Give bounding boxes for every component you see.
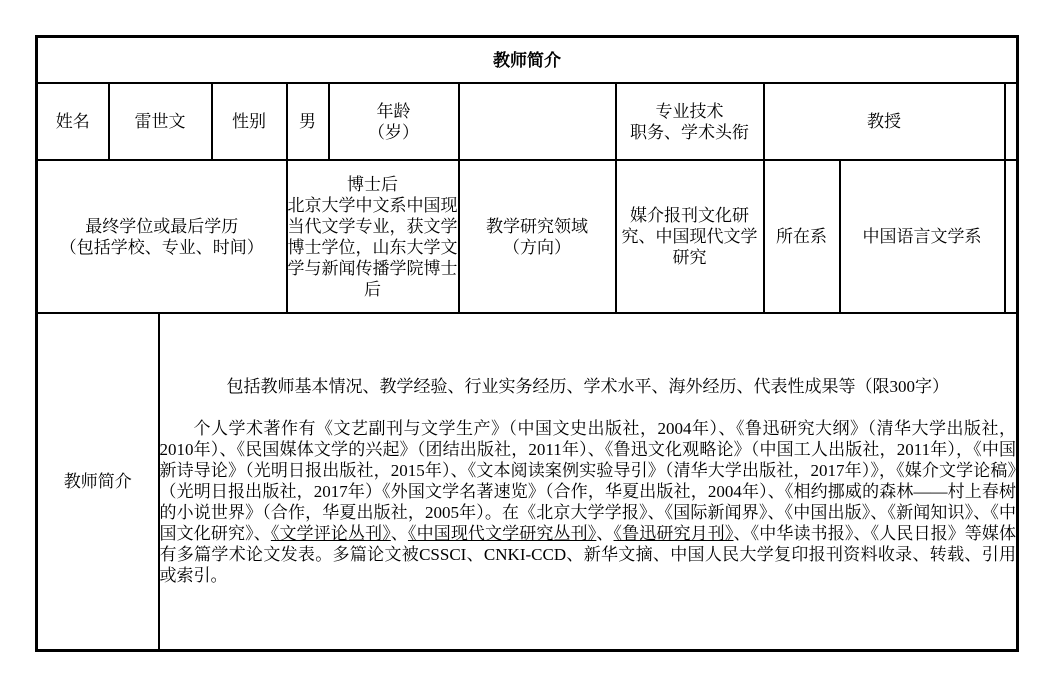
degree-value-cell: 博士后 北京大学中文系中国现当代文学专业，获文学博士学位，山东大学文学与新闻传播…	[287, 160, 459, 313]
profile-note: 包括教师基本情况、教学经验、行业实务经历、学术水平、海外经历、代表性成果等（限3…	[160, 376, 1017, 397]
teacher-profile-table: 教师简介 姓名 雷世文 性别 男 年龄 （岁） 专业技术 职务、学术头衔 教授 …	[35, 35, 1019, 652]
research-area-label-cell: 教学研究领域 （方向）	[459, 160, 616, 313]
department-label-cell: 所在系	[764, 160, 840, 313]
age-value-cell	[459, 83, 616, 160]
profile-body-text: 个人学术著作有《文艺副刊与文学生产》（中国文史出版社，2004年）、《鲁迅研究大…	[160, 418, 1017, 586]
gender-value-cell: 男	[287, 83, 329, 160]
education-row: 最终学位或最后学历 （包括学校、专业、时间） 博士后 北京大学中文系中国现当代文…	[37, 160, 1018, 313]
spacer-cell-education-row	[1005, 160, 1018, 313]
spacer-cell-basic-row	[1005, 83, 1018, 160]
gender-label-cell: 性别	[212, 83, 287, 160]
department-value-cell: 中国语言文学系	[840, 160, 1005, 313]
profile-label-cell: 教师简介	[37, 313, 159, 650]
professional-title-label-cell: 专业技术 职务、学术头衔	[616, 83, 764, 160]
professional-title-value-cell: 教授	[764, 83, 1005, 160]
basic-info-row: 姓名 雷世文 性别 男 年龄 （岁） 专业技术 职务、学术头衔 教授	[37, 83, 1018, 160]
degree-label-cell: 最终学位或最后学历 （包括学校、专业、时间）	[37, 160, 287, 313]
name-value-cell: 雷世文	[109, 83, 212, 160]
name-label-cell: 姓名	[37, 83, 109, 160]
profile-content-cell: 包括教师基本情况、教学经验、行业实务经历、学术水平、海外经历、代表性成果等（限3…	[159, 313, 1018, 650]
age-label-cell: 年龄 （岁）	[329, 83, 459, 160]
research-area-value-cell: 媒介报刊文化研究、中国现代文学研究	[616, 160, 764, 313]
document-page: 教师简介 姓名 雷世文 性别 男 年龄 （岁） 专业技术 职务、学术头衔 教授 …	[0, 0, 1060, 693]
table-title: 教师简介	[37, 37, 1018, 84]
title-row: 教师简介	[37, 37, 1018, 84]
profile-row: 教师简介 包括教师基本情况、教学经验、行业实务经历、学术水平、海外经历、代表性成…	[37, 313, 1018, 650]
